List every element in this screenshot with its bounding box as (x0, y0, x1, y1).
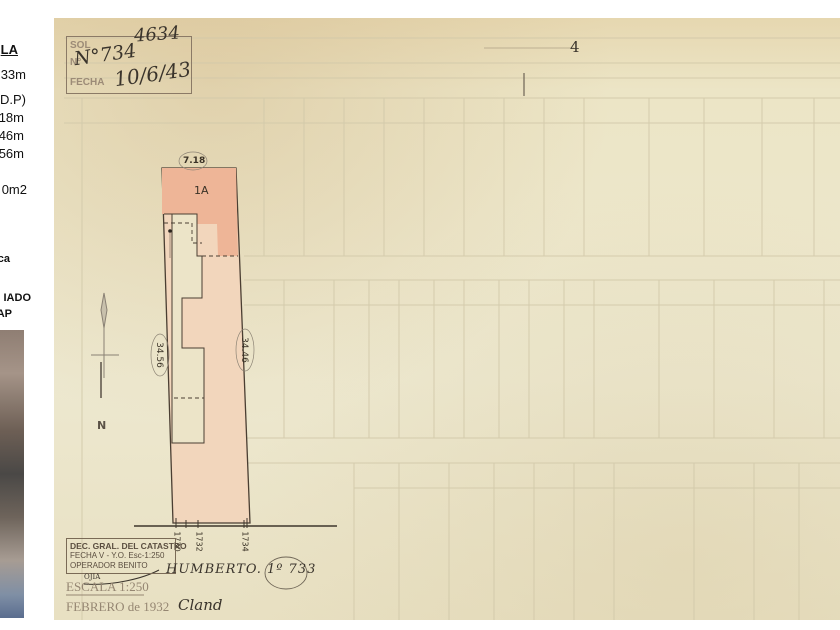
lot-right-depth: 34.46 (239, 337, 249, 363)
stamp-header: DEC. GRAL. DEL CATASTRO (70, 541, 172, 551)
street-name: HUMBERTO. 1º 733 (166, 562, 316, 577)
stamp-label-fecha: FECHA (70, 77, 104, 88)
stamp-operador: OPERADOR BENITO (70, 561, 172, 571)
street-number: 1734 (241, 531, 250, 551)
scale-label: ESCALA 1:250 (66, 579, 149, 595)
sidebar-line: 33m (1, 67, 26, 82)
page-number: 4 (570, 38, 580, 56)
sidebar-bold-line: IADO (4, 292, 32, 304)
stamp-code: 4634 (133, 22, 180, 46)
sidebar-line: 0m2 (2, 182, 27, 197)
stamp-fecha: FECHA V - Y.O. Esc-1:250 (70, 551, 172, 561)
sidebar-line: 46m (0, 128, 24, 143)
catastro-stamp: DEC. GRAL. DEL CATASTRO FECHA V - Y.O. E… (66, 538, 176, 574)
cadastral-plan: 4 SOL N° FECHA N°734 4634 10/6/43 7.18 1… (54, 18, 840, 620)
lot-front-width: 7.18 (183, 156, 205, 166)
north-arrow-icon (91, 293, 119, 398)
north-label: N (97, 418, 106, 431)
street-number: 1732 (195, 531, 204, 551)
lot-left-depth: 34.56 (154, 342, 164, 368)
plan-drawing (54, 18, 840, 620)
sidebar-line: 18m (0, 110, 24, 125)
date-label: FEBRERO de 1932 (66, 599, 169, 615)
facade-photo (0, 330, 24, 618)
info-sidebar: LA 33m D.P) 18m 46m 56m 0m2 ca IADO AP (0, 0, 54, 630)
signature: Cland (178, 596, 222, 614)
sidebar-line: 56m (0, 146, 24, 161)
sidebar-title: LA (1, 42, 18, 57)
lot-id: 1A (194, 184, 209, 197)
sidebar-bold-line: AP (0, 308, 12, 320)
lot-outline (134, 152, 337, 528)
sidebar-bold-line: ca (0, 253, 10, 265)
sidebar-line: D.P) (0, 92, 26, 107)
